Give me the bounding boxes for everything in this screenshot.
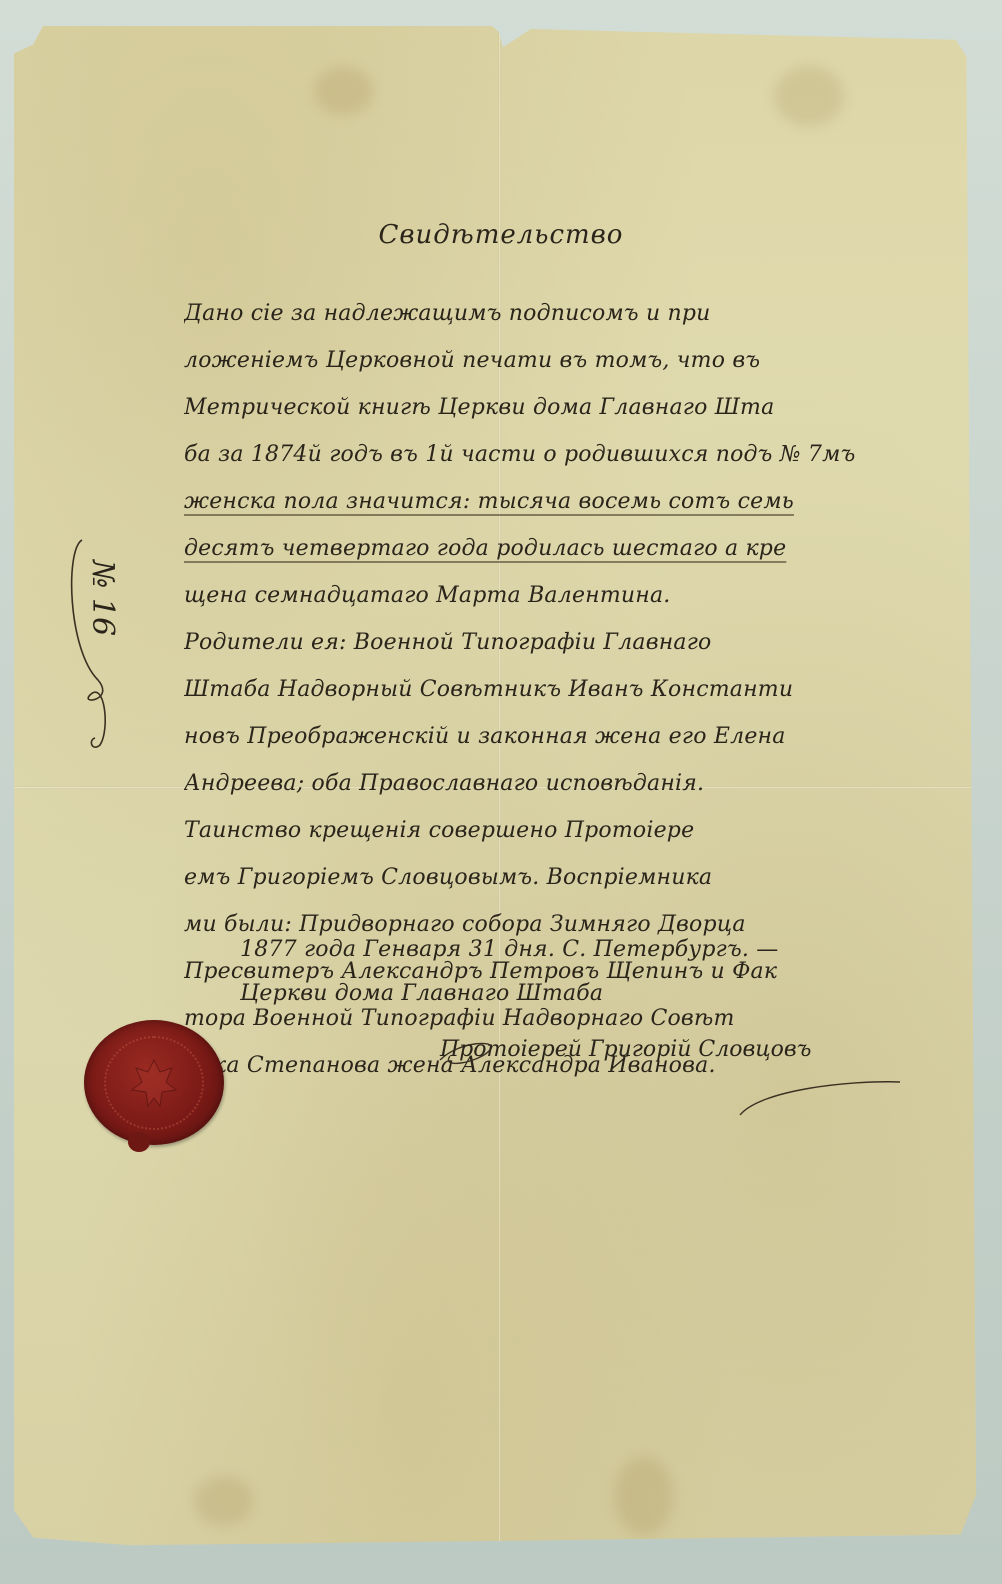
body-line: ложеніемъ Церковной печати въ томъ, что … xyxy=(184,337,974,384)
paper-stain xyxy=(194,1476,254,1526)
body-line: Метрической книгѣ Церкви дома Главнаго Ш… xyxy=(184,384,974,431)
body-line: ба за 1874й годъ въ 1й части о родившихс… xyxy=(184,431,974,478)
body-line: Андреева; оба Православнаго исповѣданія. xyxy=(184,760,974,807)
body-line: десятъ четвертаго года родилась шестаго … xyxy=(184,525,974,572)
paper-stain xyxy=(614,1456,674,1536)
document-title: Свидѣтельство xyxy=(0,220,1002,250)
priest-signature: Протоіерей Григорій Словцовъ xyxy=(440,1030,930,1070)
body-line: Дано сіе за надлежащимъ подписомъ и при xyxy=(184,290,974,337)
body-line: емъ Григоріемъ Словцовымъ. Воспріемника xyxy=(184,854,974,901)
paper-stain xyxy=(314,66,374,116)
church-line: Церкви дома Главнаго Штаба xyxy=(240,972,970,1016)
date-and-place: 1877 года Генваря 31 дня. С. Петербургъ.… xyxy=(240,928,970,1016)
body-line: новъ Преображенскій и законная жена его … xyxy=(184,713,974,760)
margin-number: № 16 xyxy=(60,560,120,710)
double-headed-eagle-icon xyxy=(120,1050,188,1118)
body-line: Таинство крещенія совершено Протоіере xyxy=(184,807,974,854)
date-line: 1877 года Генваря 31 дня. С. Петербургъ.… xyxy=(240,928,970,972)
wax-seal-drip xyxy=(128,1132,150,1152)
body-line: Штаба Надворный Совѣтникъ Иванъ Констант… xyxy=(184,666,974,713)
body-line: щена семнадцатаго Марта Валентина. xyxy=(184,572,974,619)
body-line: Родители ея: Военной Типографіи Главнаго xyxy=(184,619,974,666)
body-line: женска пола значится: тысяча восемь сотъ… xyxy=(184,478,974,525)
paper-stain xyxy=(774,66,844,126)
